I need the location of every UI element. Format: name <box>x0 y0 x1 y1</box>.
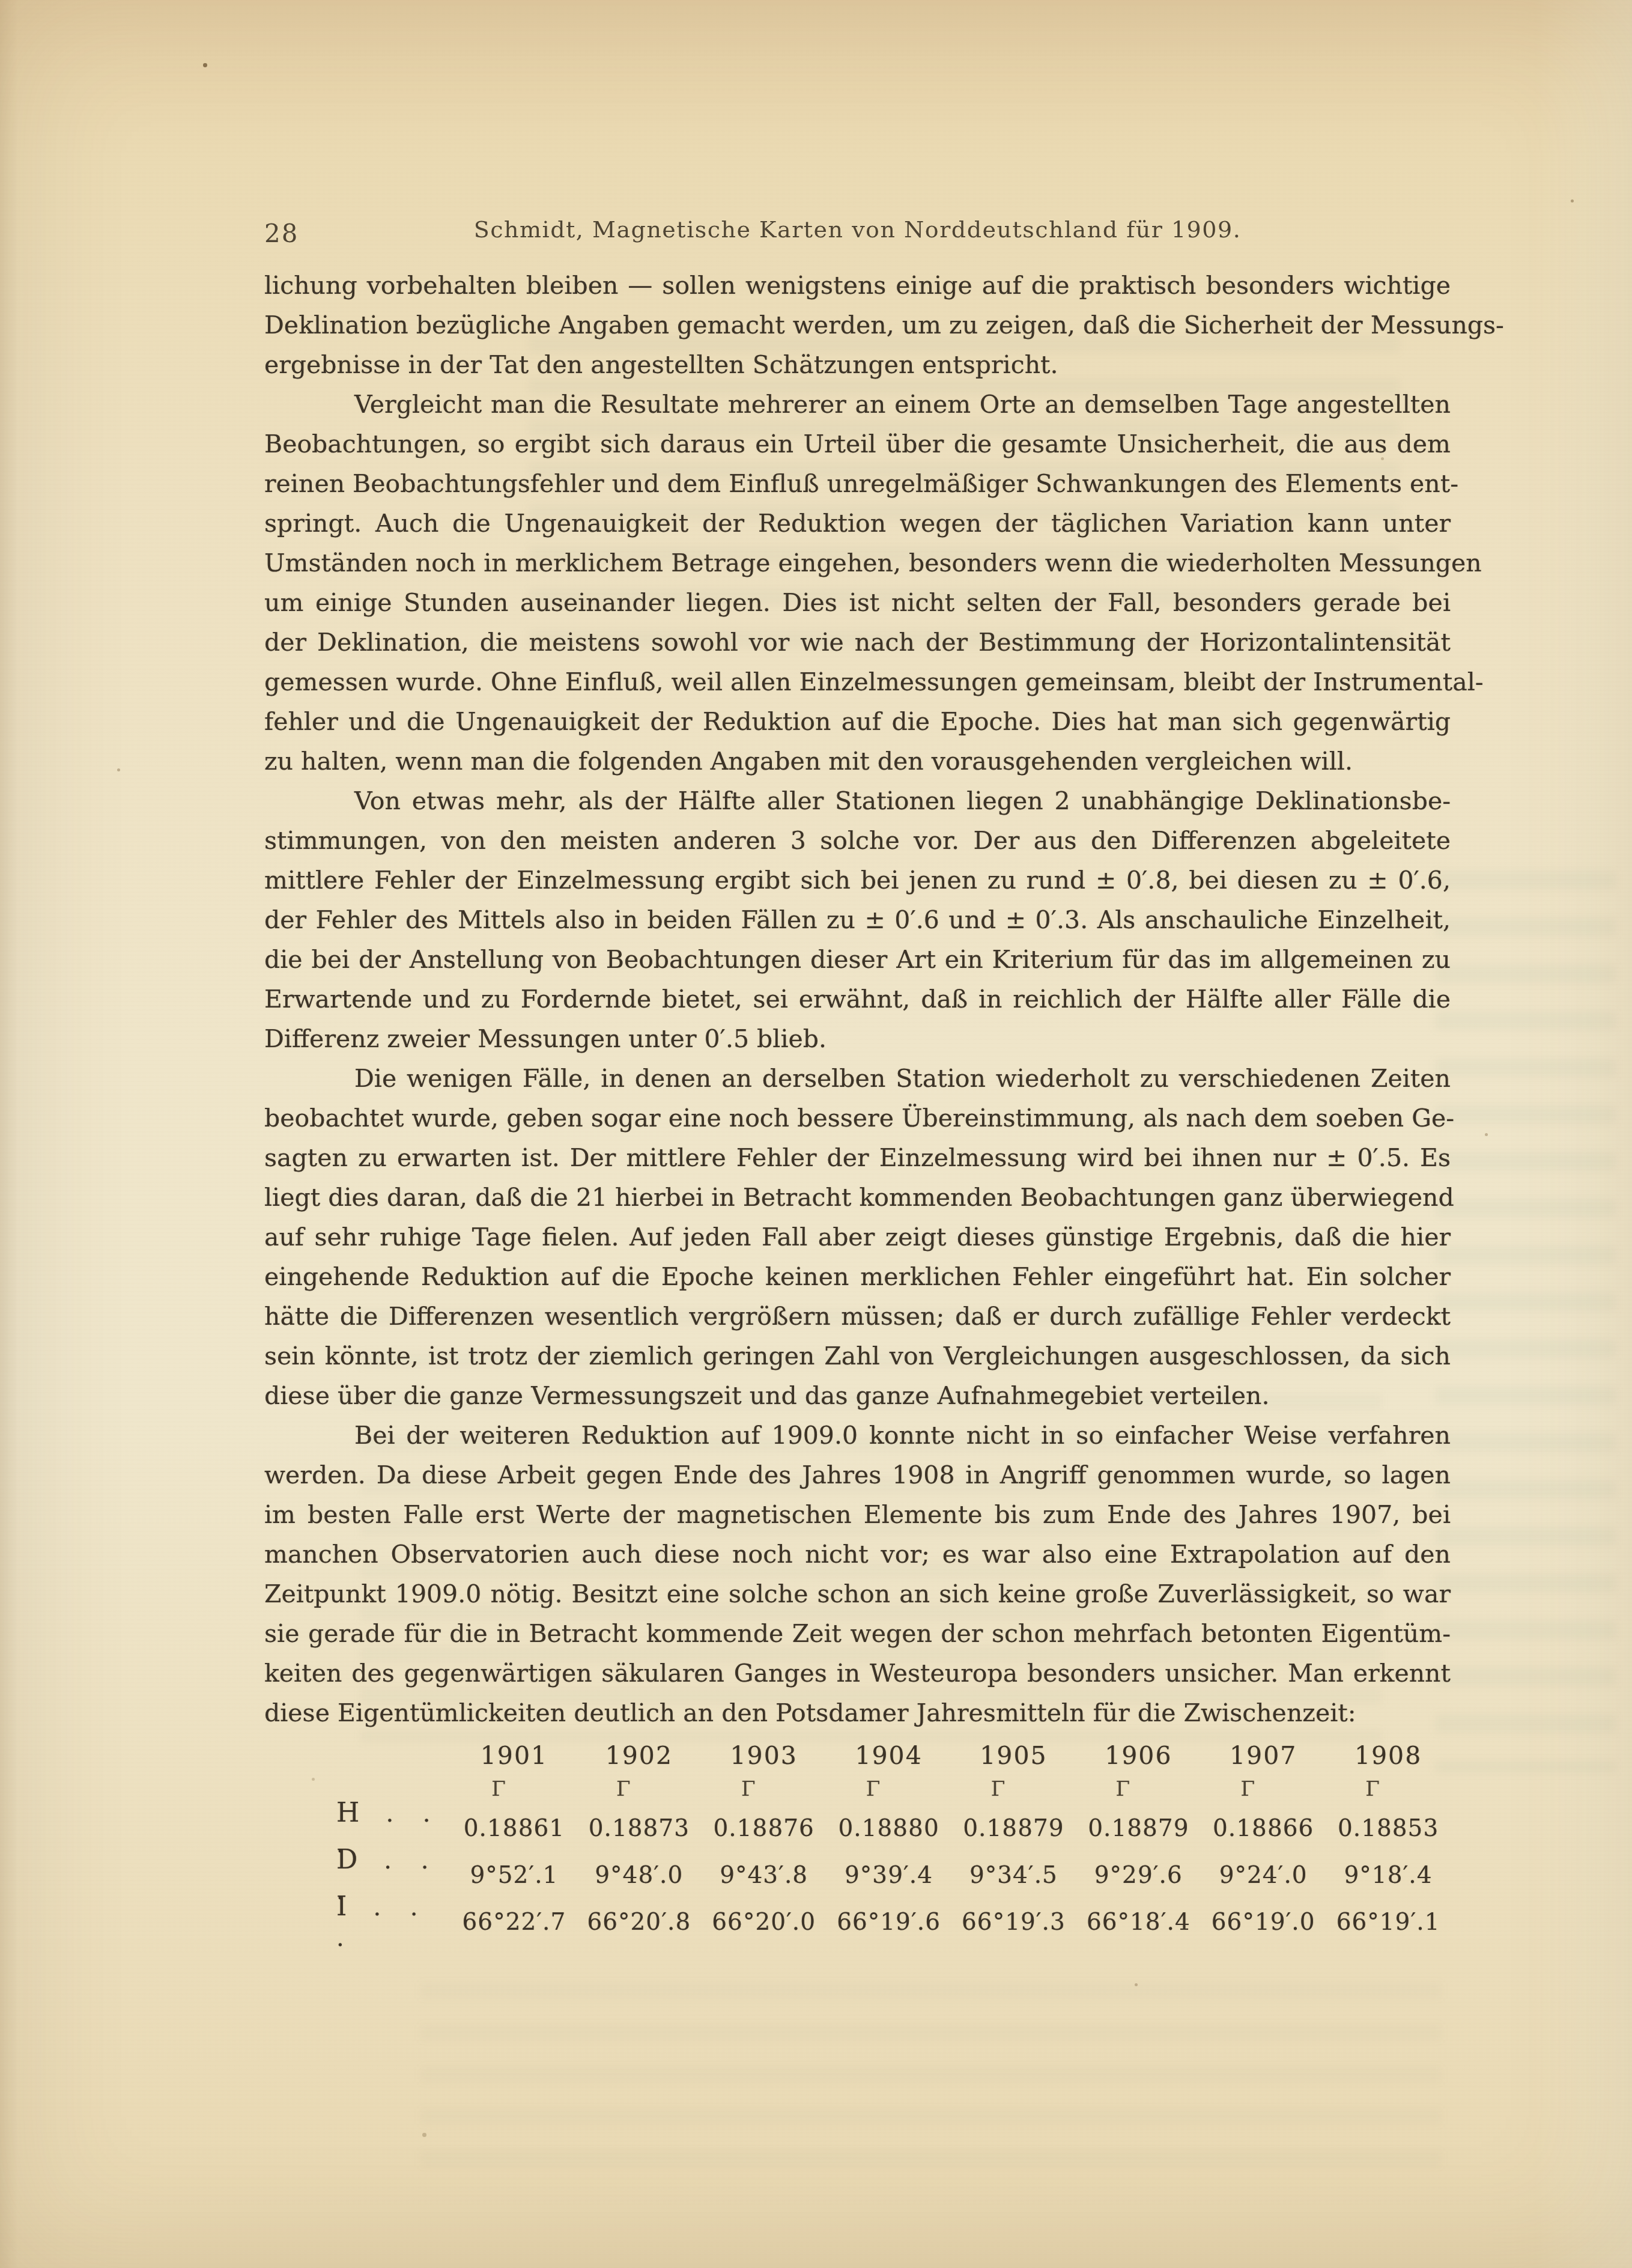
text-line: sagten zu erwarten ist. Der mittlere Feh… <box>264 1138 1451 1178</box>
year-header: 1908 <box>1326 1737 1451 1774</box>
text-line: sein könnte, ist trotz der ziemlich geri… <box>264 1336 1451 1376</box>
text-line: Vergleicht man die Resultate mehrerer an… <box>264 385 1451 424</box>
value-cell: 0.18876 <box>702 1815 827 1842</box>
value-cell: 9°34′.5 <box>951 1862 1076 1889</box>
paragraph-die-wenigen-faelle: Die wenigen Fälle, in denen an derselben… <box>264 1059 1451 1415</box>
value-cell: 9°29′.6 <box>1076 1862 1201 1889</box>
text-line: der Fehler des Mittels also in beiden Fä… <box>264 900 1451 940</box>
value-cell: 9°52′.1 <box>452 1862 577 1889</box>
value-cell: 9°24′.0 <box>1201 1862 1326 1889</box>
paragraph-weitere-reduktion: Bei der weiteren Reduktion auf 1909.0 ko… <box>264 1415 1451 1733</box>
table-row-I: I. . . 66°22′.7 66°20′.8 66°20′.0 66°19′… <box>264 1899 1451 1945</box>
element-symbol: D <box>336 1844 357 1875</box>
year-header: 1907 <box>1201 1737 1326 1774</box>
text-line: sie gerade für die in Betracht kommende … <box>264 1614 1451 1653</box>
value-cell: 66°20′.8 <box>577 1909 702 1936</box>
text-line: Bei der weiteren Reduktion auf 1909.0 ko… <box>264 1415 1451 1455</box>
text-line: liegt dies daran, daß die 21 hierbei in … <box>264 1178 1451 1217</box>
gamma-unit-symbol: Γ <box>686 1774 811 1805</box>
dot-leader: . . . <box>336 1894 429 1952</box>
text-line: die bei der Anstellung von Beobachtungen… <box>264 940 1451 979</box>
element-symbol: H <box>336 1798 359 1828</box>
body-text: lichung vorbehalten bleiben — sollen wen… <box>264 266 1451 1733</box>
text-line: stimmungen, von den meisten anderen 3 so… <box>264 821 1451 860</box>
running-header: 28 Schmidt, Magnetische Karten von Nordd… <box>264 216 1451 255</box>
text-line: gemessen wurde. Ohne Einfluß, weil allen… <box>264 662 1451 702</box>
paragraph-continuation: lichung vorbehalten bleiben — sollen wen… <box>264 266 1451 385</box>
text-line: Umständen noch in merklichem Betrage ein… <box>264 543 1451 583</box>
text-line: mittlere Fehler der Einzelmessung ergibt… <box>264 860 1451 900</box>
text-line: lichung vorbehalten bleiben — sollen wen… <box>264 266 1451 305</box>
value-cell: 9°43′.8 <box>702 1862 827 1889</box>
value-cell: 0.18873 <box>577 1815 702 1842</box>
gamma-unit-symbol: Γ <box>561 1774 686 1805</box>
value-cell: 0.18866 <box>1201 1815 1326 1842</box>
gamma-unit-symbol: Γ <box>1060 1774 1185 1805</box>
text-line: eingehende Reduktion auf die Epoche kein… <box>264 1257 1451 1297</box>
gamma-unit-symbol: Γ <box>811 1774 936 1805</box>
value-cell: 66°19′.0 <box>1201 1909 1326 1936</box>
value-cell: 66°20′.0 <box>702 1909 827 1936</box>
paragraph-von-etwas-mehr: Von etwas mehr, als der Hälfte aller Sta… <box>264 781 1451 1059</box>
text-line: Deklination bezügliche Angaben gemacht w… <box>264 305 1451 345</box>
text-line: ergebnisse in der Tat den angestellten S… <box>264 345 1451 385</box>
scanned-page: 28 Schmidt, Magnetische Karten von Nordd… <box>0 0 1632 2268</box>
value-cell: 9°18′.4 <box>1326 1862 1451 1889</box>
page-number: 28 <box>264 219 299 248</box>
text-line: Differenz zweier Messungen unter 0′.5 bl… <box>264 1019 1451 1059</box>
value-cell: 66°19′.3 <box>951 1909 1076 1936</box>
text-line: beobachtet wurde, geben sogar eine noch … <box>264 1098 1451 1138</box>
running-header-title: Schmidt, Magnetische Karten von Norddeut… <box>264 216 1451 243</box>
text-line: Beobachtungen, so ergibt sich daraus ein… <box>264 424 1451 464</box>
text-line: diese über die ganze Vermessungszeit und… <box>264 1376 1451 1415</box>
text-line: diese Eigentümlickeiten deutlich an den … <box>264 1693 1451 1733</box>
table-unit-row: Γ Γ Γ Γ Γ Γ Γ Γ <box>264 1774 1451 1805</box>
gamma-unit-symbol: Γ <box>1185 1774 1310 1805</box>
text-line: keiten des gegenwärtigen säkularen Gange… <box>264 1653 1451 1693</box>
text-line: zu halten, wenn man die folgenden Angabe… <box>264 741 1451 781</box>
value-cell: 0.18853 <box>1326 1815 1451 1842</box>
value-cell: 0.18879 <box>951 1815 1076 1842</box>
text-line: Erwartende und zu Fordernde bietet, sei … <box>264 979 1451 1019</box>
year-header: 1905 <box>951 1737 1076 1774</box>
value-cell: 66°22′.7 <box>452 1909 577 1936</box>
text-line: auf sehr ruhige Tage fielen. Auf jeden F… <box>264 1217 1451 1257</box>
text-line: im besten Falle erst Werte der magnetisc… <box>264 1495 1451 1534</box>
year-header: 1906 <box>1076 1737 1201 1774</box>
potsdam-annual-means-table: 1901 1902 1903 1904 1905 1906 1907 1908 … <box>264 1737 1451 1945</box>
text-line: reinen Beobachtungsfehler und dem Einflu… <box>264 464 1451 503</box>
year-header: 1901 <box>452 1737 577 1774</box>
value-cell: 0.18879 <box>1076 1815 1201 1842</box>
value-cell: 9°48′.0 <box>577 1862 702 1889</box>
value-cell: 0.18880 <box>827 1815 951 1842</box>
value-cell: 66°19′.1 <box>1326 1909 1451 1936</box>
text-line: Von etwas mehr, als der Hälfte aller Sta… <box>264 781 1451 821</box>
value-cell: 0.18861 <box>452 1815 577 1842</box>
text-line: fehler und die Ungenauigkeit der Redukti… <box>264 702 1451 741</box>
paragraph-vergleicht: Vergleicht man die Resultate mehrerer an… <box>264 385 1451 781</box>
year-header: 1904 <box>827 1737 951 1774</box>
table-row-label: I. . . <box>264 1891 452 1953</box>
table-year-header-row: 1901 1902 1903 1904 1905 1906 1907 1908 <box>264 1737 1451 1774</box>
gamma-unit-symbol: Γ <box>1310 1774 1435 1805</box>
text-line: hätte die Differenzen wesentlich vergröß… <box>264 1297 1451 1336</box>
element-symbol: I <box>336 1891 347 1922</box>
text-line: Zeitpunkt 1909.0 nötig. Besitzt eine sol… <box>264 1574 1451 1614</box>
value-cell: 66°18′.4 <box>1076 1909 1201 1936</box>
year-header: 1902 <box>577 1737 702 1774</box>
text-line: der Deklination, die meistens sowohl vor… <box>264 622 1451 662</box>
gamma-unit-symbol: Γ <box>936 1774 1061 1805</box>
value-cell: 66°19′.6 <box>827 1909 951 1936</box>
year-header: 1903 <box>702 1737 827 1774</box>
text-line: springt. Auch die Ungenauigkeit der Redu… <box>264 503 1451 543</box>
text-line: Die wenigen Fälle, in denen an derselben… <box>264 1059 1451 1098</box>
text-line: um einige Stunden auseinander liegen. Di… <box>264 583 1451 622</box>
text-line: werden. Da diese Arbeit gegen Ende des J… <box>264 1455 1451 1495</box>
gamma-unit-symbol: Γ <box>436 1774 561 1805</box>
text-line: manchen Observatorien auch diese noch ni… <box>264 1534 1451 1574</box>
value-cell: 9°39′.4 <box>827 1862 951 1889</box>
